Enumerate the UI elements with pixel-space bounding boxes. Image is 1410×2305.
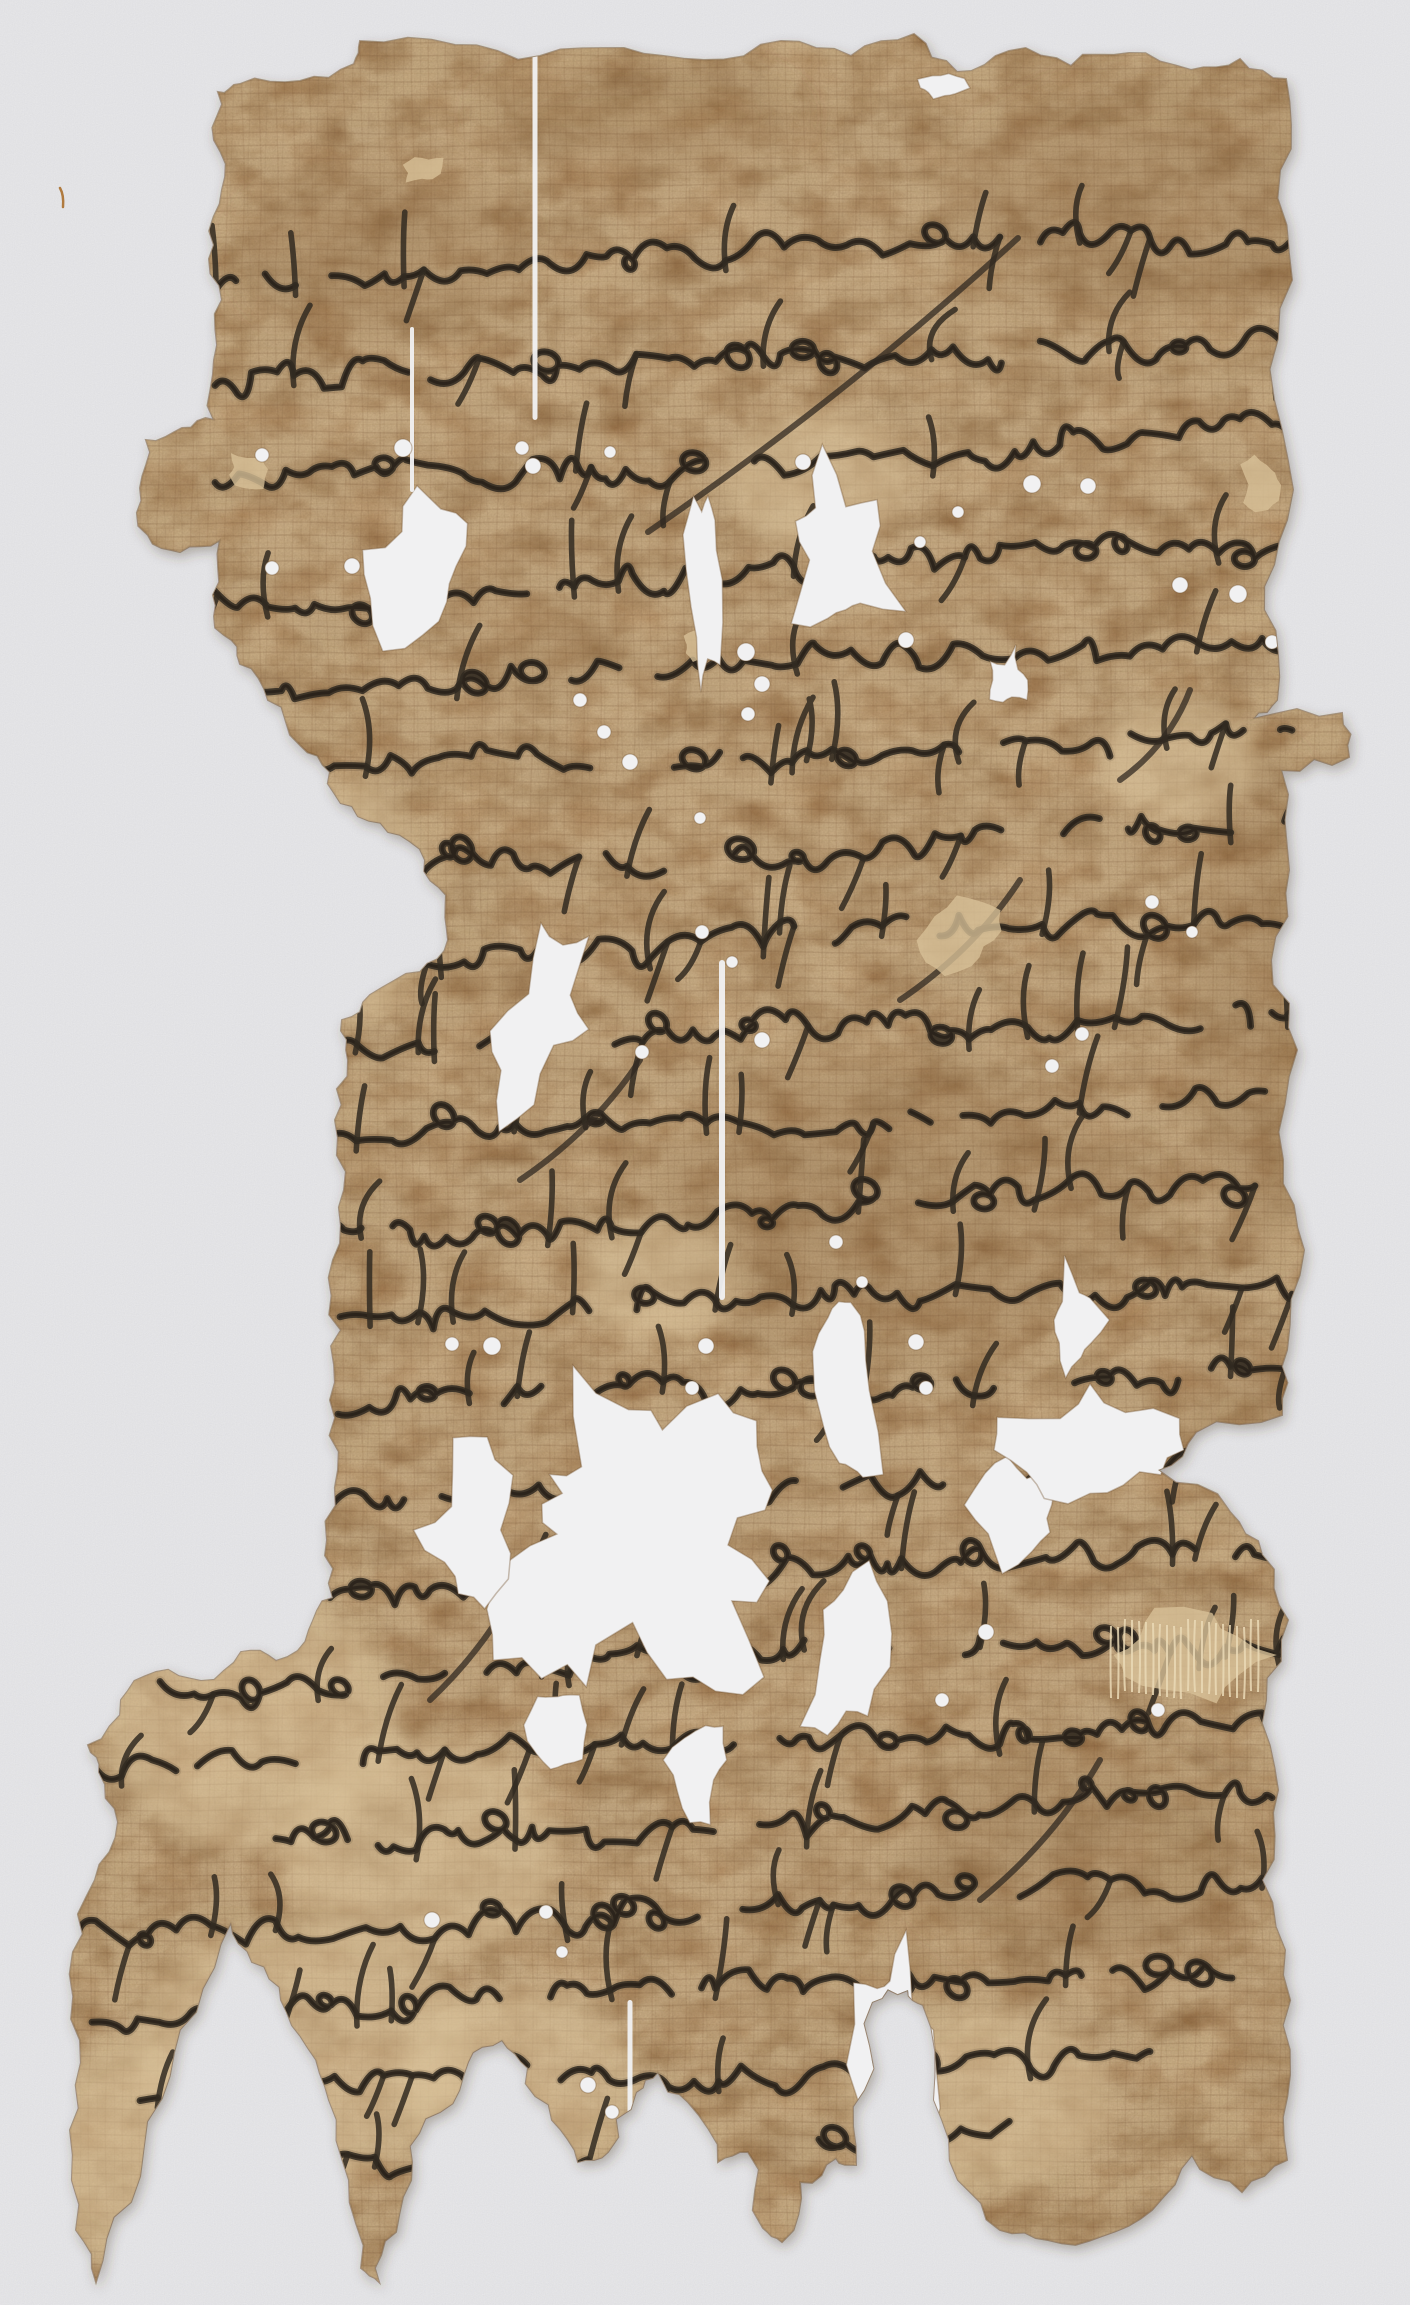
- worm-hole: [573, 693, 587, 707]
- worm-hole: [1045, 1059, 1059, 1073]
- worm-hole: [737, 643, 755, 661]
- crack-line: [533, 45, 538, 420]
- worm-hole: [265, 561, 279, 575]
- worm-hole: [908, 1334, 924, 1350]
- worm-hole: [952, 506, 964, 518]
- worm-hole: [898, 632, 914, 648]
- worm-hole: [698, 1338, 714, 1354]
- worm-hole: [539, 1905, 553, 1919]
- stain: [240, 160, 520, 340]
- worm-hole: [695, 925, 709, 939]
- papyrus-scan-page: [0, 0, 1410, 2305]
- crack-line: [410, 327, 414, 492]
- worm-hole: [445, 1337, 459, 1351]
- worm-hole: [754, 1032, 770, 1048]
- worm-hole: [1151, 1703, 1165, 1717]
- worm-hole: [795, 454, 811, 470]
- worm-hole: [935, 1693, 949, 1707]
- worm-hole: [1229, 585, 1247, 603]
- papyrus-scan-svg: [0, 0, 1410, 2305]
- worm-hole: [919, 1381, 933, 1395]
- worm-hole: [694, 812, 706, 824]
- worm-hole: [394, 439, 412, 457]
- worm-hole: [344, 558, 360, 574]
- crack-line: [719, 960, 725, 1300]
- worm-hole: [856, 1276, 868, 1288]
- worm-hole: [685, 1381, 699, 1395]
- worm-hole: [1172, 577, 1188, 593]
- worn-patch: [580, 1220, 740, 1340]
- worm-hole: [605, 2105, 619, 2119]
- worm-hole: [741, 707, 755, 721]
- worm-hole: [525, 458, 541, 474]
- worm-hole: [1080, 478, 1096, 494]
- worm-hole: [515, 441, 529, 455]
- worm-hole: [622, 754, 638, 770]
- worm-hole: [483, 1337, 501, 1355]
- worm-hole: [754, 676, 770, 692]
- stain: [480, 60, 800, 170]
- worm-hole: [1186, 926, 1198, 938]
- worm-hole: [255, 448, 269, 462]
- worm-hole: [1075, 1027, 1089, 1041]
- worm-hole: [424, 1912, 440, 1928]
- scan-root: [0, 0, 1410, 2305]
- worm-hole: [635, 1045, 649, 1059]
- worm-hole: [914, 536, 926, 548]
- worm-hole: [726, 956, 738, 968]
- worm-hole: [604, 446, 616, 458]
- worm-hole: [556, 1946, 568, 1958]
- worm-hole: [580, 2077, 596, 2093]
- worm-hole: [597, 725, 611, 739]
- worm-hole: [1023, 475, 1041, 493]
- worm-hole: [829, 1235, 843, 1249]
- worm-hole: [978, 1624, 994, 1640]
- worm-hole: [1145, 895, 1159, 909]
